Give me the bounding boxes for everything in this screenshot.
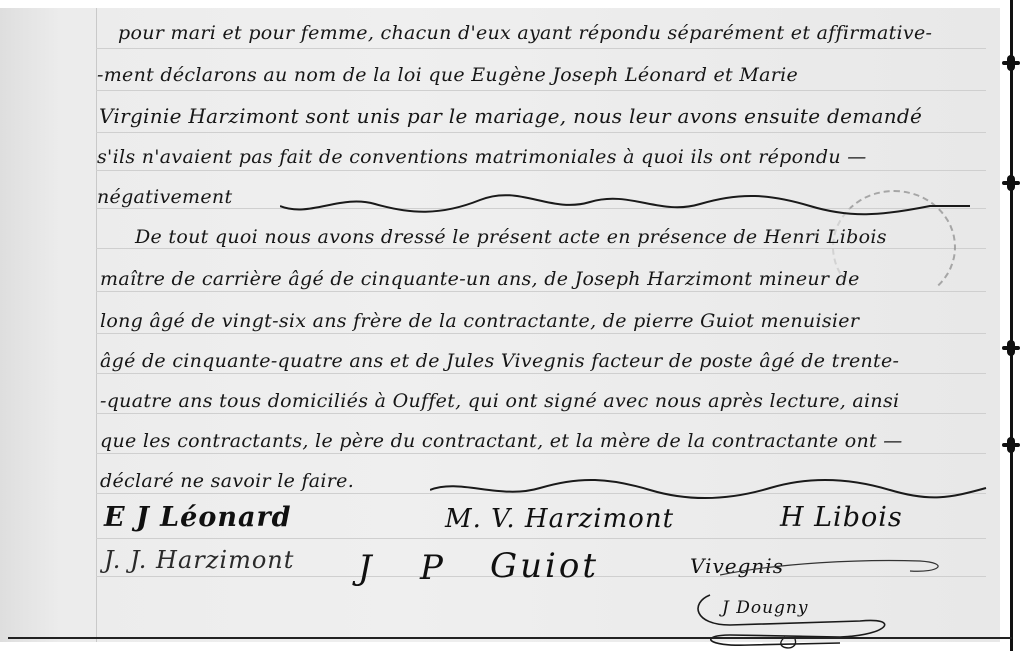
margin-line <box>96 8 97 642</box>
text-line: maître de carrière âgé de cinquante-un a… <box>100 268 860 290</box>
ruled-line <box>96 538 986 539</box>
signature-bride: M. V. Harzimont <box>445 504 674 534</box>
text-line: -quatre ans tous domiciliés à Ouffet, qu… <box>100 390 899 412</box>
document-page: pour mari et pour femme, chacun d'eux ay… <box>0 8 1000 642</box>
text-line: déclaré ne savoir le faire. <box>100 470 354 492</box>
ruled-line <box>96 413 986 414</box>
ruled-line <box>96 132 986 133</box>
signature-underline-flourish <box>720 553 960 583</box>
signature-initial-p: P <box>420 548 444 588</box>
text-line: Virginie Harzimont sont unis par le mari… <box>99 104 922 128</box>
ruled-line <box>96 90 986 91</box>
signature-groom: E J Léonard <box>104 502 292 533</box>
signature-witness-guiot: Guiot <box>490 546 599 586</box>
binding-knot <box>998 440 1024 450</box>
text-line: négativement <box>97 186 232 208</box>
signature-witness-harzimont: J. J. Harzimont <box>104 546 294 574</box>
ruled-line <box>96 291 986 292</box>
ruled-line <box>96 453 986 454</box>
binding-knot <box>998 343 1024 353</box>
text-line: pour mari et pour femme, chacun d'eux ay… <box>118 22 932 44</box>
ruled-line <box>96 373 986 374</box>
text-line: long âgé de vingt-six ans frère de la co… <box>100 310 859 332</box>
page-bottom-edge <box>8 637 1012 639</box>
signature-flourish <box>690 583 900 651</box>
line-fill-flourish <box>280 188 980 218</box>
text-line: que les contractants, le père du contrac… <box>100 430 903 452</box>
text-line: âgé de cinquante-quatre ans et de Jules … <box>100 350 899 372</box>
line-fill-flourish <box>430 474 990 504</box>
signature-initial-j: J <box>358 548 373 588</box>
binding-knot <box>998 178 1024 188</box>
binding-thread <box>1010 0 1013 651</box>
text-line: -ment déclarons au nom de la loi que Eug… <box>97 64 798 86</box>
binding-knot <box>998 58 1024 68</box>
ruled-line <box>96 48 986 49</box>
signature-witness-libois: H Libois <box>780 502 903 533</box>
text-line: De tout quoi nous avons dressé le présen… <box>135 226 887 248</box>
text-line: s'ils n'avaient pas fait de conventions … <box>97 146 867 168</box>
ruled-line <box>96 170 986 171</box>
ruled-line <box>96 333 986 334</box>
